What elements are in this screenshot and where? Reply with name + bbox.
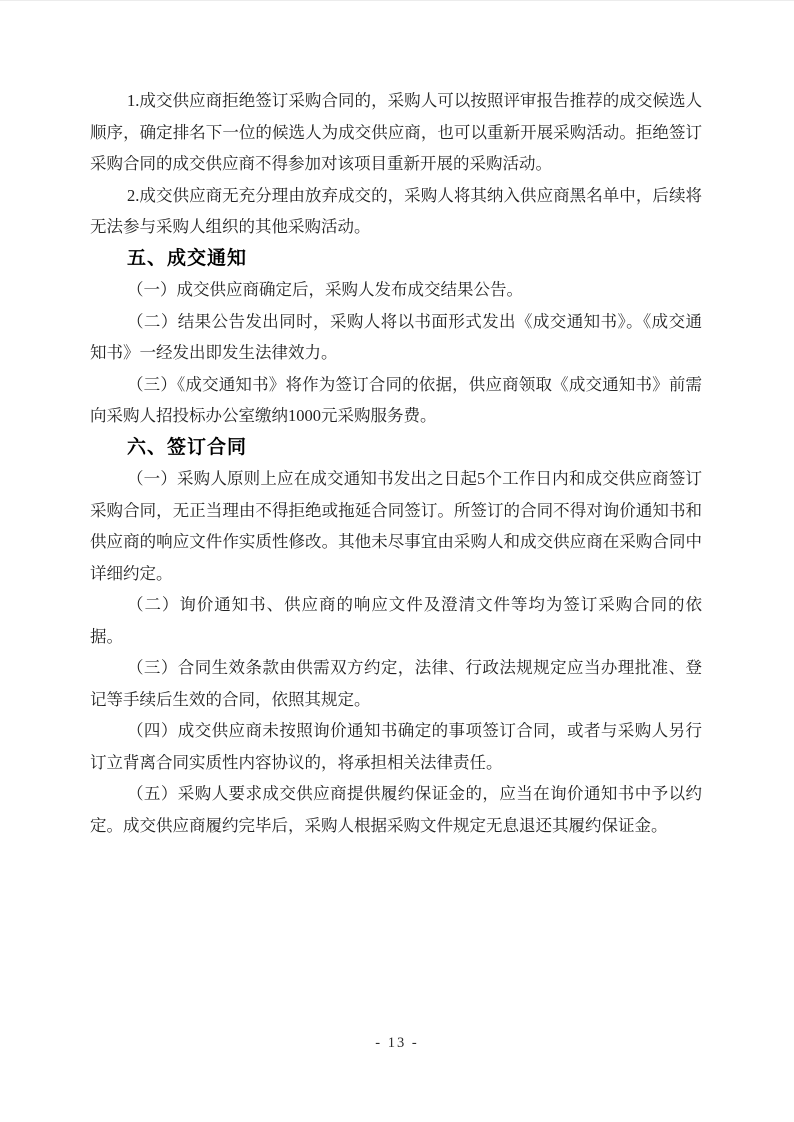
body-paragraph-refusal-to-sign: 1.成交供应商拒绝签订采购合同的，采购人可以按照评审报告推荐的成交候选人顺序，确… <box>90 85 702 180</box>
body-paragraph-performance-bond: （五）采购人要求成交供应商提供履约保证金的，应当在询价通知书中予以约定。成交供应… <box>90 778 702 841</box>
page-number: - 13 - <box>0 1035 794 1052</box>
body-paragraph-written-notice: （二）结果公告发出同时，采购人将以书面形式发出《成交通知书》。《成交通知书》一经… <box>90 306 702 369</box>
body-paragraph-effective-clause: （三）合同生效条款由供需双方约定，法律、行政法规规定应当办理批准、登记等手续后生… <box>90 652 702 715</box>
section-heading-transaction-notice: 五、成交通知 <box>90 243 702 275</box>
body-paragraph-signing-deadline: （一）采购人原则上应在成交通知书发出之日起5个工作日内和成交供应商签订采购合同，… <box>90 463 702 589</box>
body-paragraph-contract-basis: （二）询价通知书、供应商的响应文件及澄清文件等均为签订采购合同的依据。 <box>90 589 702 652</box>
document-page: 1.成交供应商拒绝签订采购合同的，采购人可以按照评审报告推荐的成交候选人顺序，确… <box>0 0 794 1122</box>
body-paragraph-legal-liability: （四）成交供应商未按照询价通知书确定的事项签订合同，或者与采购人另行订立背离合同… <box>90 715 702 778</box>
body-paragraph-abandon-deal: 2.成交供应商无充分理由放弃成交的，采购人将其纳入供应商黑名单中，后续将无法参与… <box>90 180 702 243</box>
body-paragraph-service-fee: （三）《成交通知书》将作为签订合同的依据，供应商领取《成交通知书》前需向采购人招… <box>90 369 702 432</box>
section-heading-contract-signing: 六、签订合同 <box>90 432 702 464</box>
document-body: 1.成交供应商拒绝签订采购合同的，采购人可以按照评审报告推荐的成交候选人顺序，确… <box>90 85 702 841</box>
body-paragraph-result-announcement: （一）成交供应商确定后，采购人发布成交结果公告。 <box>90 274 702 306</box>
